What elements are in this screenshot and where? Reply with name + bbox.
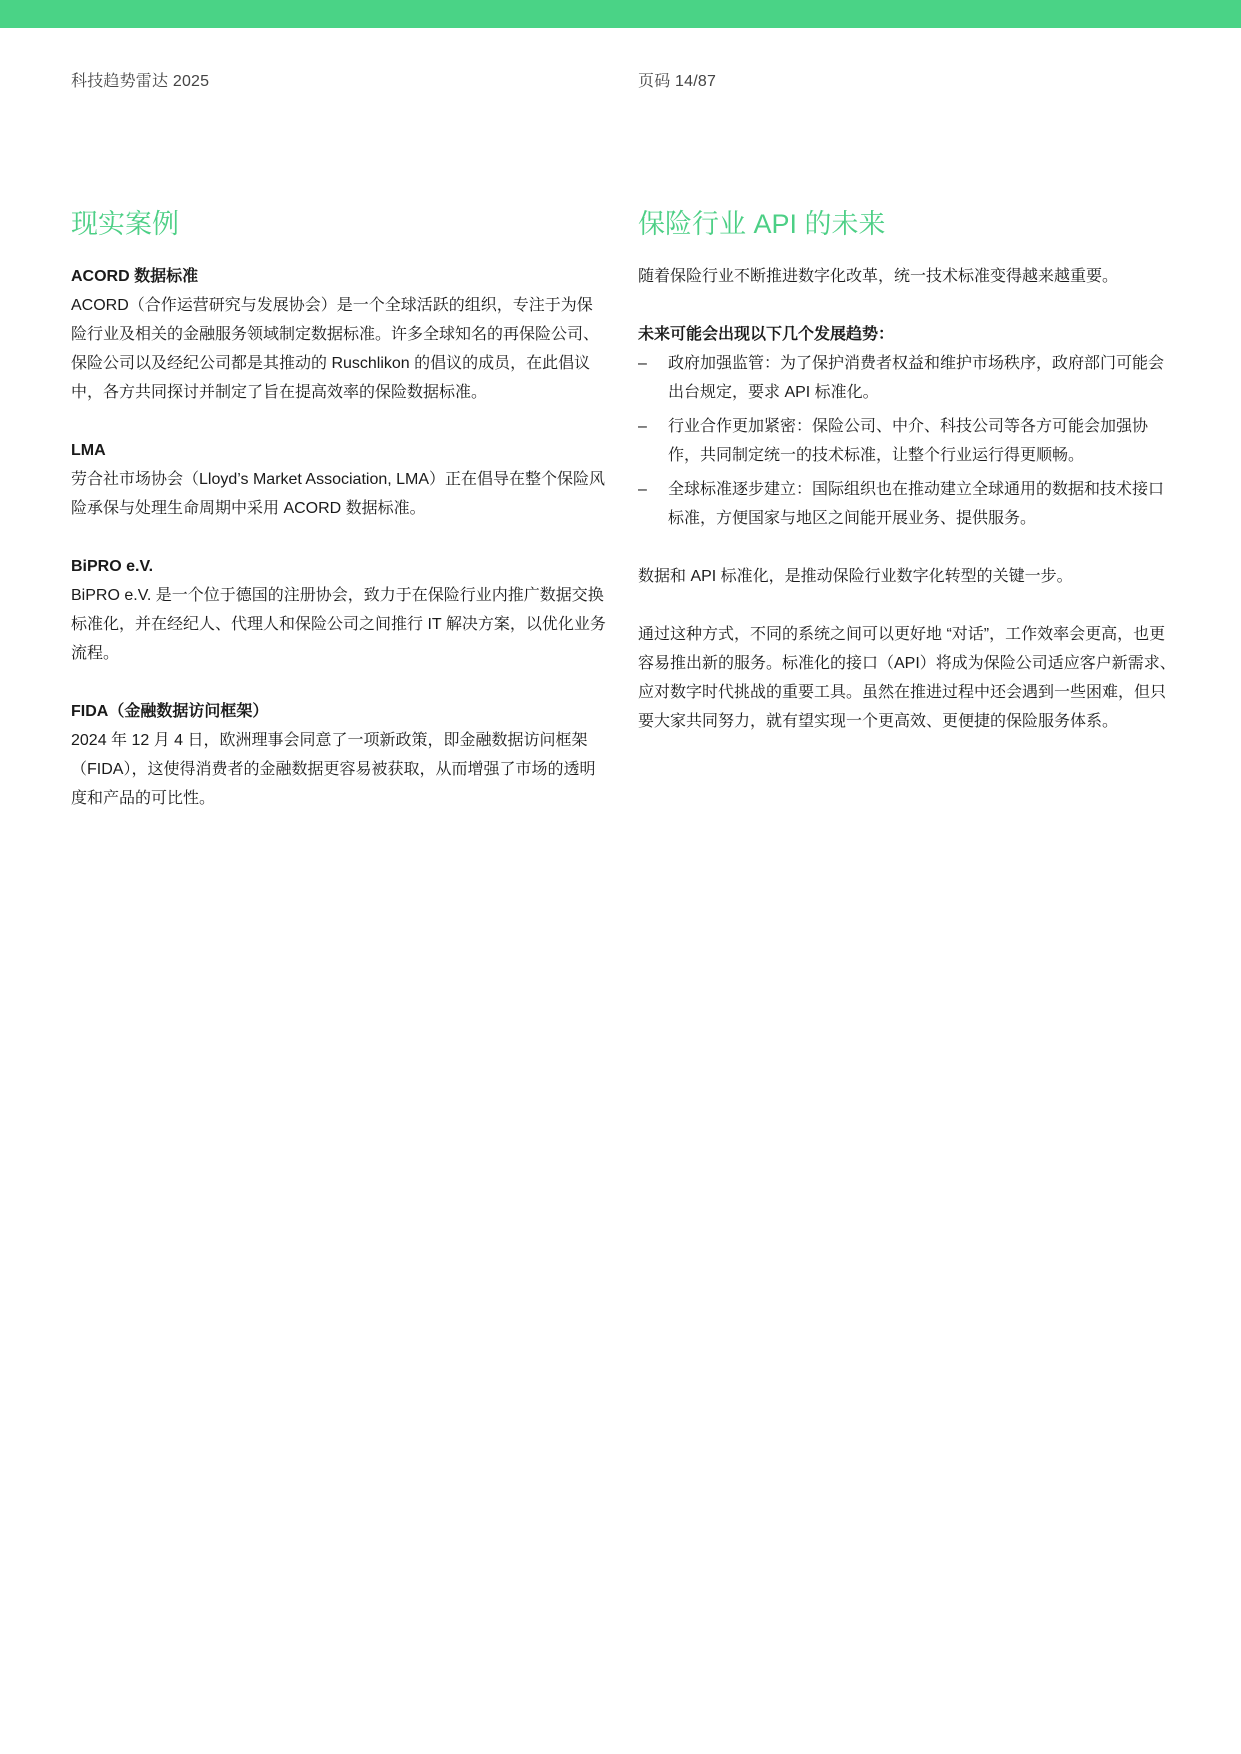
case-lma: LMA 劳合社市场协会（Lloyd’s Market Association, … <box>71 436 606 523</box>
future-of-insurance-api-column: 保险行业 API 的未来 随着保险行业不断推进数字化改革，统一技术标准变得越来越… <box>638 204 1178 765</box>
case-body: BiPRO e.V. 是一个位于德国的注册协会，致力于在保险行业内推广数据交换标… <box>71 581 606 668</box>
dash-bullet-icon: – <box>638 475 647 504</box>
trend-item: – 行业合作更加紧密：保险公司、中介、科技公司等各方可能会加强协作，共同制定统一… <box>638 412 1178 470</box>
document-title: 科技趋势雷达 2025 <box>71 68 209 91</box>
trend-item: – 全球标准逐步建立：国际组织也在推动建立全球通用的数据和技术接口标准，方便国家… <box>638 475 1178 533</box>
case-bipro: BiPRO e.V. BiPRO e.V. 是一个位于德国的注册协会，致力于在保… <box>71 552 606 668</box>
trend-text: 全球标准逐步建立：国际组织也在推动建立全球通用的数据和技术接口标准，方便国家与地… <box>668 481 1164 527</box>
case-acord: ACORD 数据标准 ACORD（合作运营研究与发展协会）是一个全球活跃的组织，… <box>71 262 606 407</box>
trends-list: – 政府加强监管：为了保护消费者权益和维护市场秩序，政府部门可能会出台规定，要求… <box>638 349 1178 533</box>
key-step-paragraph: 数据和 API 标准化，是推动保险行业数字化转型的关键一步。 <box>638 562 1178 591</box>
case-body: 2024 年 12 月 4 日，欧洲理事会同意了一项新政策，即金融数据访问框架（… <box>71 726 606 813</box>
trends-block: 未来可能会出现以下几个发展趋势： – 政府加强监管：为了保护消费者权益和维护市场… <box>638 320 1178 533</box>
trends-heading: 未来可能会出现以下几个发展趋势： <box>638 320 1178 349</box>
top-accent-bar <box>0 0 1241 28</box>
dash-bullet-icon: – <box>638 412 647 441</box>
case-heading: BiPRO e.V. <box>71 552 606 581</box>
dash-bullet-icon: – <box>638 349 647 378</box>
key-step-block: 数据和 API 标准化，是推动保险行业数字化转型的关键一步。 <box>638 562 1178 591</box>
intro-paragraph: 随着保险行业不断推进数字化改革，统一技术标准变得越来越重要。 <box>638 262 1178 291</box>
trend-text: 政府加强监管：为了保护消费者权益和维护市场秩序，政府部门可能会出台规定，要求 A… <box>668 355 1164 401</box>
real-world-cases-title: 现实案例 <box>71 204 606 244</box>
future-api-title: 保险行业 API 的未来 <box>638 204 1178 244</box>
trend-item: – 政府加强监管：为了保护消费者权益和维护市场秩序，政府部门可能会出台规定，要求… <box>638 349 1178 407</box>
case-fida: FIDA（金融数据访问框架） 2024 年 12 月 4 日，欧洲理事会同意了一… <box>71 697 606 813</box>
trend-text: 行业合作更加紧密：保险公司、中介、科技公司等各方可能会加强协作，共同制定统一的技… <box>668 418 1148 464</box>
case-heading: LMA <box>71 436 606 465</box>
case-heading: ACORD 数据标准 <box>71 262 606 291</box>
case-heading: FIDA（金融数据访问框架） <box>71 697 606 726</box>
case-body: 劳合社市场协会（Lloyd’s Market Association, LMA）… <box>71 465 606 523</box>
conclusion-paragraph: 通过这种方式，不同的系统之间可以更好地 “对话”，工作效率会更高，也更容易推出新… <box>638 620 1178 736</box>
intro-block: 随着保险行业不断推进数字化改革，统一技术标准变得越来越重要。 <box>638 262 1178 291</box>
case-body: ACORD（合作运营研究与发展协会）是一个全球活跃的组织，专注于为保险行业及相关… <box>71 291 606 407</box>
conclusion-block: 通过这种方式，不同的系统之间可以更好地 “对话”，工作效率会更高，也更容易推出新… <box>638 620 1178 736</box>
real-world-cases-column: 现实案例 ACORD 数据标准 ACORD（合作运营研究与发展协会）是一个全球活… <box>71 204 606 842</box>
page-number: 页码 14/87 <box>638 68 716 91</box>
